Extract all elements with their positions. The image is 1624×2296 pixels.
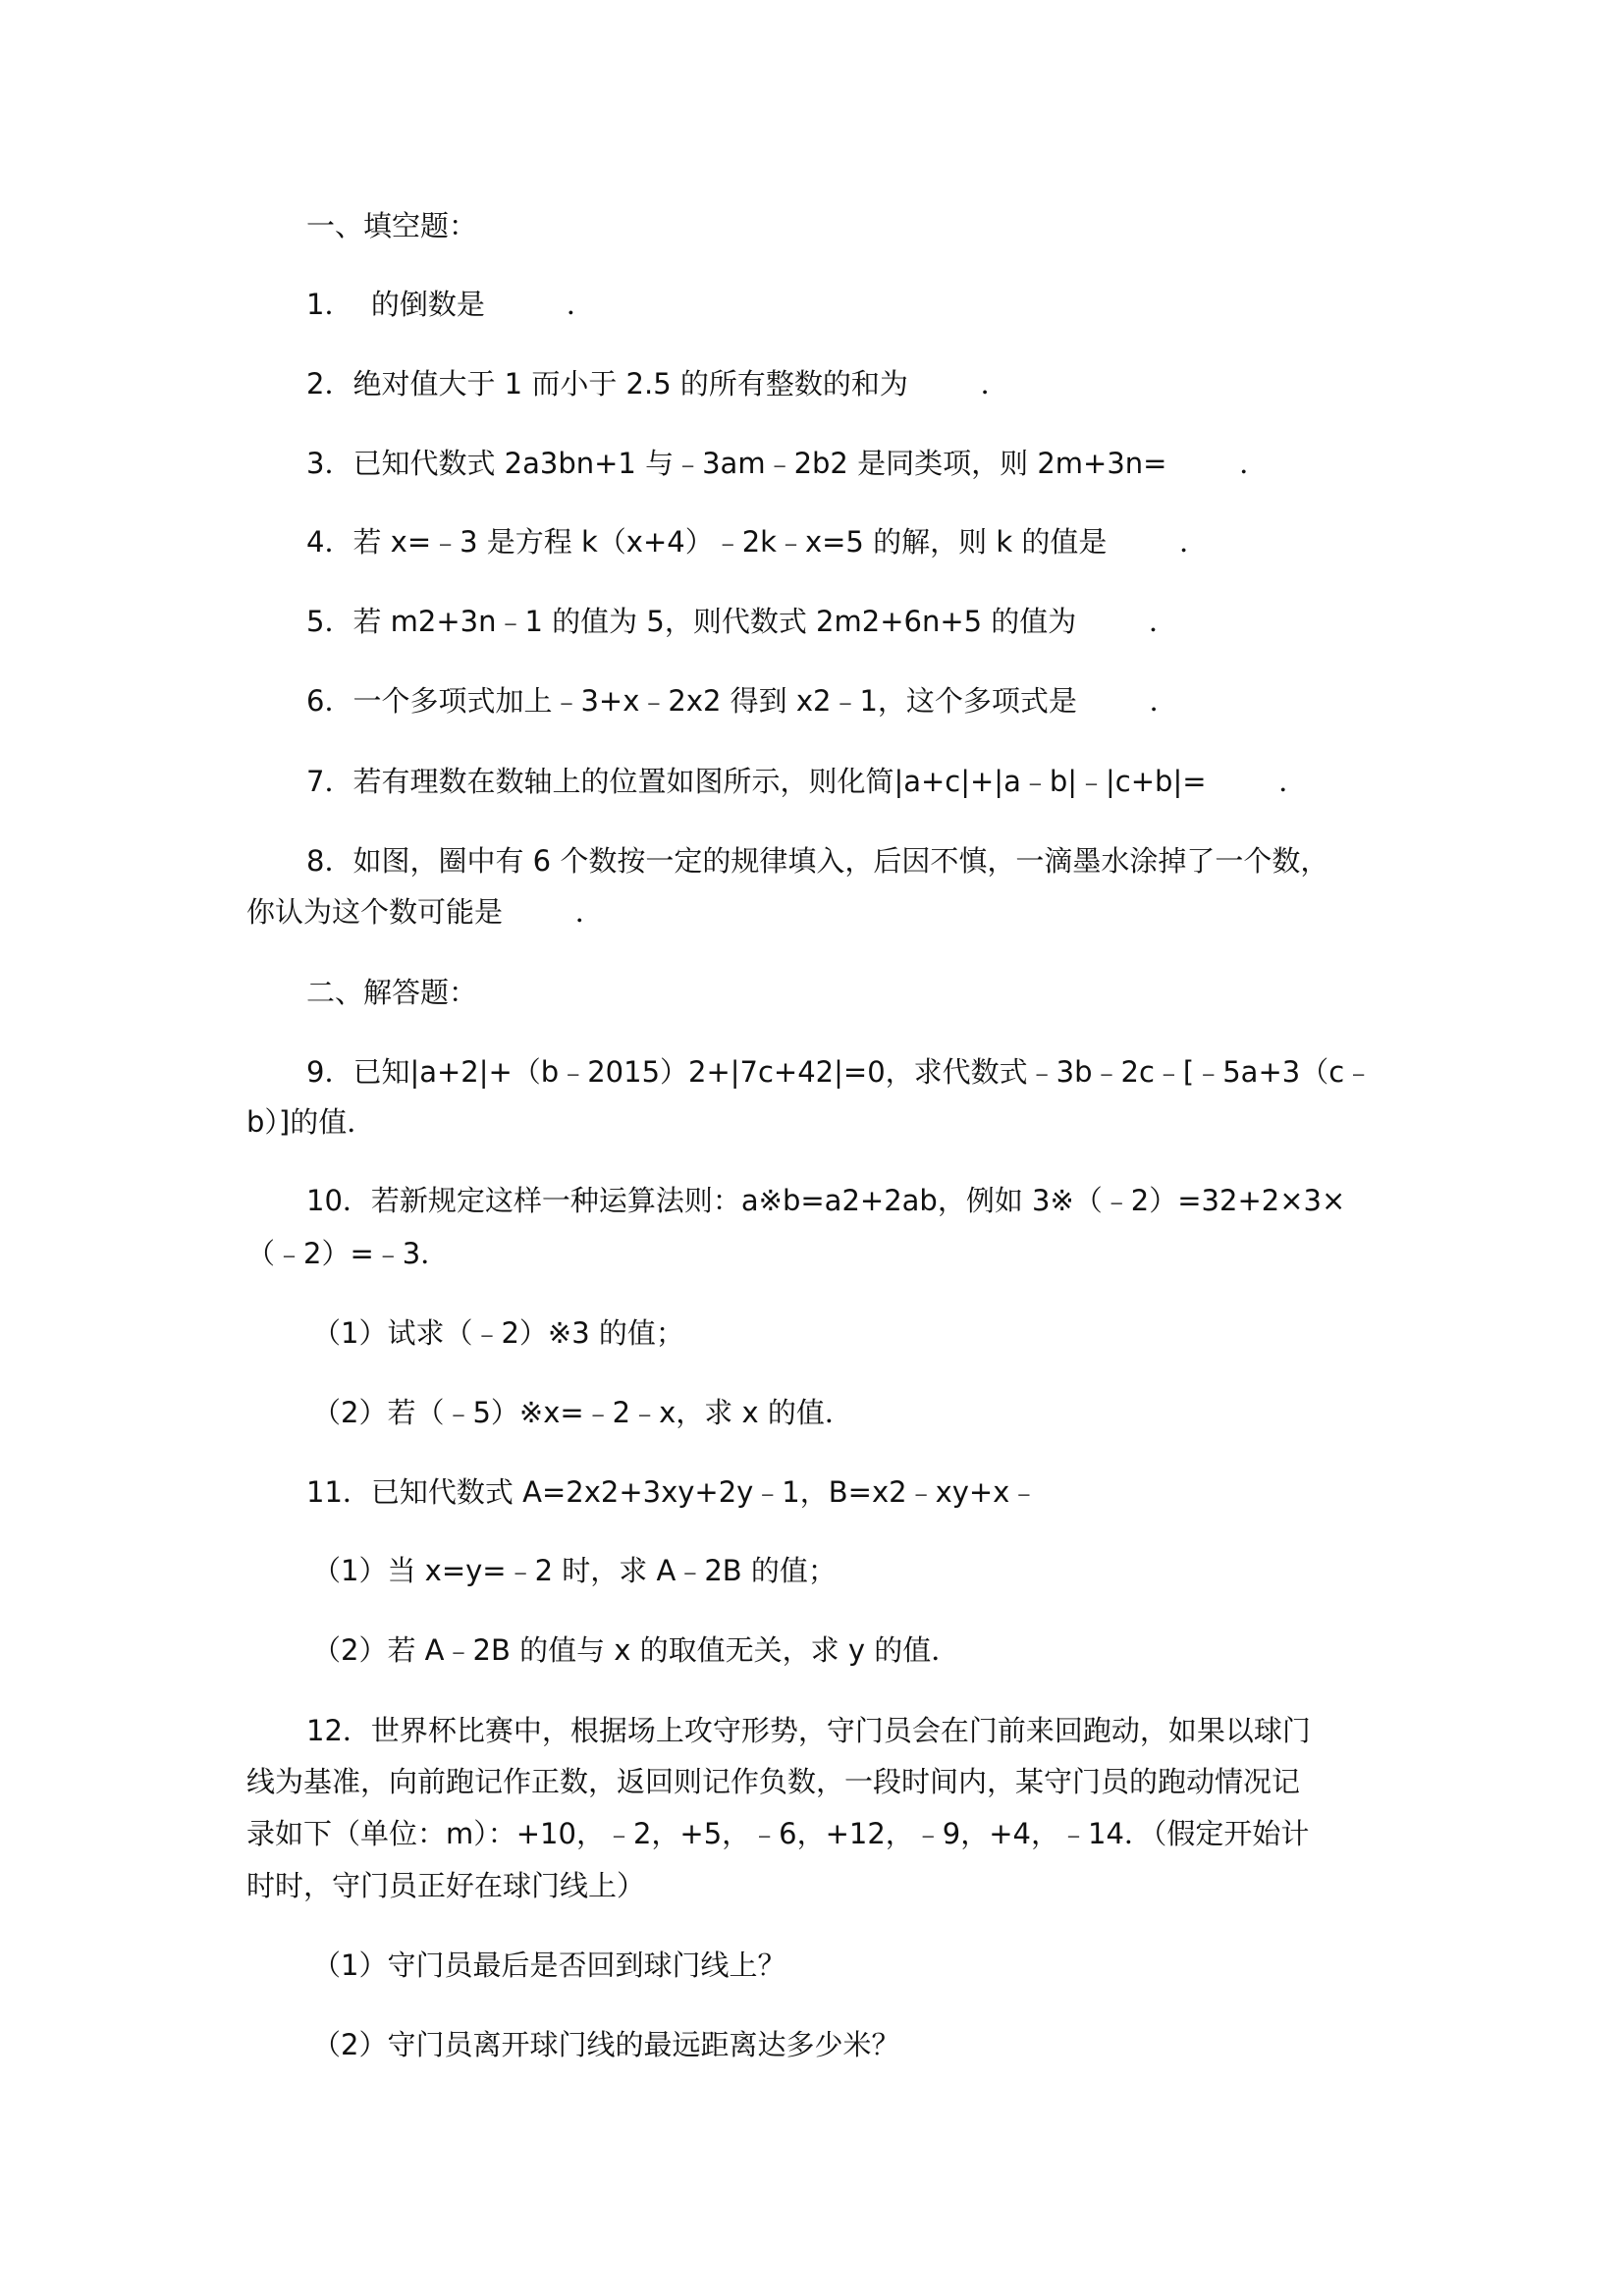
question-5: 5．若 m2+3n﹣1 的值为 5，则代数式 2m2+6n+5 的值为 ．: [306, 604, 1177, 639]
question-1: 1． 的倒数是 ．: [306, 287, 595, 322]
question-11-part-1: （1）当 x=y=﹣2 时，求 A﹣2B 的值；: [312, 1553, 837, 1588]
question-11-part-2: （2）若 A﹣2B 的值与 x 的取值无关，求 y 的值．: [312, 1632, 959, 1668]
question-9: 9．已知|a+2|+（b﹣2015）2+|7c+42|=0，求代数式﹣3b﹣2c…: [306, 1054, 1373, 1090]
question-8-continued: 你认为这个数可能是 ．: [246, 894, 604, 930]
question-2: 2．绝对值大于 1 而小于 2.5 的所有整数的和为 ．: [306, 366, 1009, 401]
question-12-part-2: （2）守门员离开球门线的最远距离达多少米？: [312, 2027, 899, 2062]
section-heading-fill-in: 一、填空题：: [306, 208, 477, 243]
question-12-part-1: （1）守门员最后是否回到球门线上？: [312, 1948, 785, 1983]
question-10-part-1: （1）试求（﹣2）※3 的值；: [312, 1315, 684, 1351]
question-11: 11．已知代数式 A=2x2+3xy+2y﹣1，B=x2﹣xy+x﹣: [306, 1474, 1038, 1510]
question-3: 3．已知代数式 2a3bn+1 与﹣3am﹣2b2 是同类项，则 2m+3n= …: [306, 446, 1268, 481]
question-4: 4．若 x=﹣3 是方程 k（x+4）﹣2k﹣x=5 的解，则 k 的值是 ．: [306, 524, 1208, 560]
question-6: 6．一个多项式加上﹣3+x﹣2x2 得到 x2﹣1，这个多项式是 ．: [306, 683, 1178, 719]
question-12-line-4: 时时，守门员正好在球门线上）: [246, 1868, 645, 1903]
question-10-continued: （﹣2）=﹣3．: [246, 1236, 449, 1271]
question-8: 8．如图，圈中有 6 个数按一定的规律填入，后因不慎，一滴墨水涂掉了一个数，: [306, 843, 1328, 879]
question-12: 12．世界杯比赛中，根据场上攻守形势，守门员会在门前来回跑动，如果以球门: [306, 1713, 1311, 1748]
question-9-continued: b）]的值．: [246, 1104, 375, 1140]
question-7: 7．若有理数在数轴上的位置如图所示，则化简|a+c|+|a﹣b|﹣|c+b|= …: [306, 764, 1307, 799]
question-10-part-2: （2）若（﹣5）※x=﹣2﹣x，求 x 的值．: [312, 1395, 853, 1430]
question-10: 10．若新规定这样一种运算法则：a※b=a2+2ab，例如 3※（﹣2）=32+…: [306, 1183, 1345, 1218]
question-12-line-3: 录如下（单位：m）：+10，﹣2，+5，﹣6，+12，﹣9，+4，﹣14．（假定…: [246, 1816, 1309, 1851]
question-12-line-2: 线为基准，向前跑记作正数，返回则记作负数，一段时间内，某守门员的跑动情况记: [246, 1764, 1300, 1799]
section-heading-answer: 二、解答题：: [306, 975, 477, 1010]
